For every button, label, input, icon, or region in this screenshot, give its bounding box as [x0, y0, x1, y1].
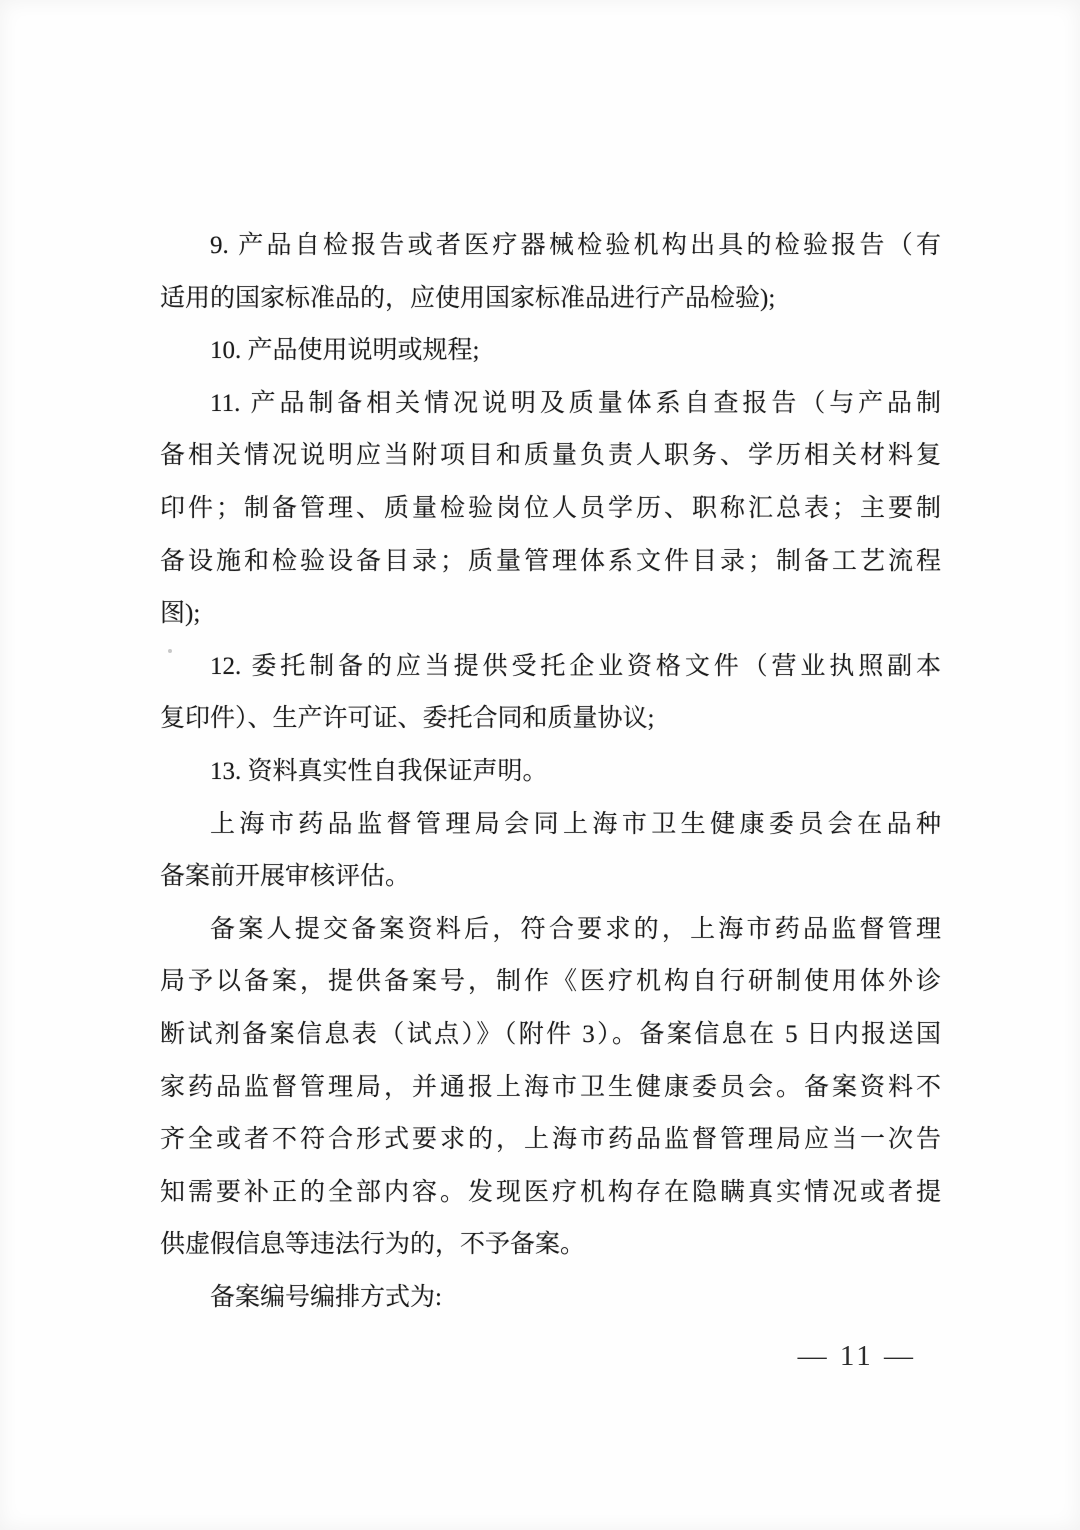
text-line: 家药品监督管理局，并通报上海市卫生健康委员会。备案资料不	[160, 1062, 941, 1115]
text-line: 图);	[160, 588, 941, 641]
text-line: 适用的国家标准品的，应使用国家标准品进行产品检验);	[160, 273, 941, 326]
text-line: 13. 资料真实性自我保证声明。	[160, 746, 941, 799]
document-text: 9. 产品自检报告或者医疗器械检验机构出具的检验报告（有适用的国家标准品的，应使…	[160, 220, 941, 1324]
text-line: 备案编号编排方式为:	[160, 1272, 941, 1325]
text-line: 12. 委托制备的应当提供受托企业资格文件（营业执照副本	[160, 641, 941, 694]
document-page: 9. 产品自检报告或者医疗器械检验机构出具的检验报告（有适用的国家标准品的，应使…	[0, 0, 1080, 1530]
text-line: 供虚假信息等违法行为的，不予备案。	[160, 1219, 941, 1272]
text-line: 复印件）、生产许可证、委托合同和质量协议;	[160, 693, 941, 746]
text-line: 局予以备案，提供备案号，制作《医疗机构自行研制使用体外诊	[160, 956, 941, 1009]
text-line: 上海市药品监督管理局会同上海市卫生健康委员会在品种	[160, 799, 941, 852]
page-number: — 11 —	[798, 1340, 916, 1373]
text-line: 备相关情况说明应当附项目和质量负责人职务、学历相关材料复	[160, 430, 941, 483]
text-line: 断试剂备案信息表（试点）》（附件 3）。备案信息在 5 日内报送国	[160, 1009, 941, 1062]
text-line: 印件；制备管理、质量检验岗位人员学历、职称汇总表；主要制	[160, 483, 941, 536]
text-line: 10. 产品使用说明或规程;	[160, 325, 941, 378]
scan-speck	[168, 649, 172, 653]
text-line: 备案前开展审核评估。	[160, 851, 941, 904]
text-line: 知需要补正的全部内容。发现医疗机构存在隐瞒真实情况或者提	[160, 1167, 941, 1220]
text-line: 9. 产品自检报告或者医疗器械检验机构出具的检验报告（有	[160, 220, 941, 273]
text-line: 备设施和检验设备目录；质量管理体系文件目录；制备工艺流程	[160, 536, 941, 589]
text-line: 备案人提交备案资料后，符合要求的，上海市药品监督管理	[160, 904, 941, 957]
text-line: 11. 产品制备相关情况说明及质量体系自查报告（与产品制	[160, 378, 941, 431]
text-line: 齐全或者不符合形式要求的，上海市药品监督管理局应当一次告	[160, 1114, 941, 1167]
